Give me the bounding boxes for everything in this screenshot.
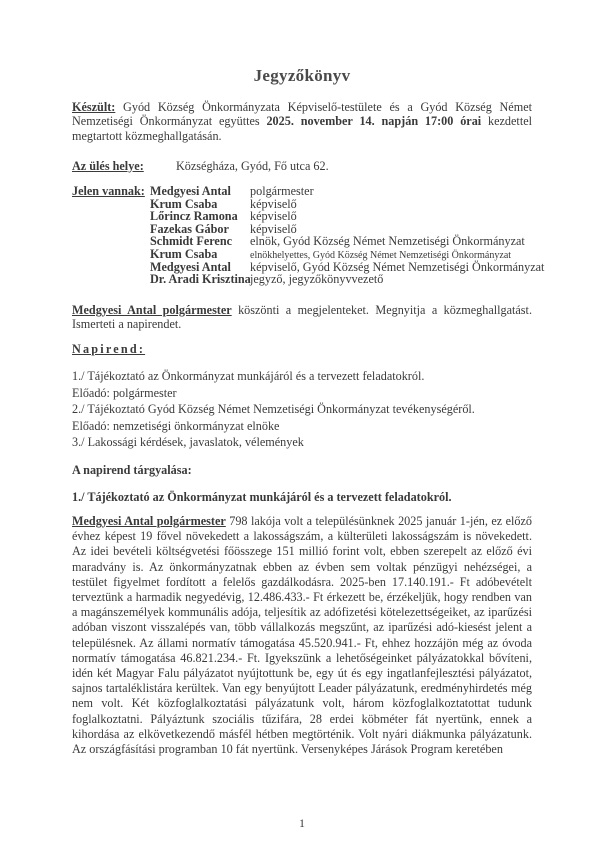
agenda-item: Előadó: polgármester bbox=[72, 385, 532, 402]
agenda-item: Előadó: nemzetiségi önkormányzat elnöke bbox=[72, 418, 532, 435]
page-number: 1 bbox=[72, 816, 532, 831]
discussion-item1-speaker: Medgyesi Antal polgármester bbox=[72, 514, 226, 528]
discussion-item1-text: 798 lakója volt a településünknek 2025 j… bbox=[72, 514, 532, 756]
discussion-heading: A napirend tárgyalása: bbox=[72, 463, 532, 477]
opening-speaker: Medgyesi Antal polgármester bbox=[72, 303, 232, 317]
prepared-date: 2025. november 14. napján 17:00 órai bbox=[266, 114, 481, 128]
prepared-paragraph: Készült: Gyód Község Önkormányzata Képvi… bbox=[72, 100, 532, 143]
attendee-name: Dr. Aradi Krisztina bbox=[150, 272, 250, 286]
agenda-item: 2./ Tájékoztató Gyód Község Német Nemzet… bbox=[72, 401, 532, 418]
document-title: Jegyzőkönyv bbox=[72, 66, 532, 86]
discussion-item1-heading: 1./ Tájékoztató az Önkormányzat munkájár… bbox=[72, 490, 532, 504]
attendee-row: Dr. Aradi Krisztinajegyző, jegyzőkönyvve… bbox=[150, 272, 383, 286]
agenda-item: 1./ Tájékoztató az Önkormányzat munkájár… bbox=[72, 368, 532, 385]
venue-line: Az ülés helye:Községháza, Gyód, Fő utca … bbox=[72, 159, 532, 173]
discussion-item1-body: Medgyesi Antal polgármester 798 lakója v… bbox=[72, 514, 532, 757]
agenda-item: 3./ Lakossági kérdések, javaslatok, véle… bbox=[72, 434, 532, 451]
venue-label: Az ülés helye: bbox=[72, 159, 176, 173]
attendee-role: jegyző, jegyzőkönyvvezető bbox=[250, 272, 383, 286]
attendees-label: Jelen vannak: bbox=[72, 184, 145, 198]
attendees-section: Jelen vannak: Medgyesi Antalpolgármester… bbox=[72, 184, 532, 294]
agenda-heading: Napirend: bbox=[72, 342, 145, 356]
venue-value: Községháza, Gyód, Fő utca 62. bbox=[176, 159, 329, 173]
agenda-list: 1./ Tájékoztató az Önkormányzat munkájár… bbox=[72, 368, 532, 451]
agenda-heading-wrap: Napirend: bbox=[72, 342, 532, 356]
prepared-label: Készült: bbox=[72, 100, 115, 114]
opening-paragraph: Medgyesi Antal polgármester köszönti a m… bbox=[72, 303, 532, 332]
